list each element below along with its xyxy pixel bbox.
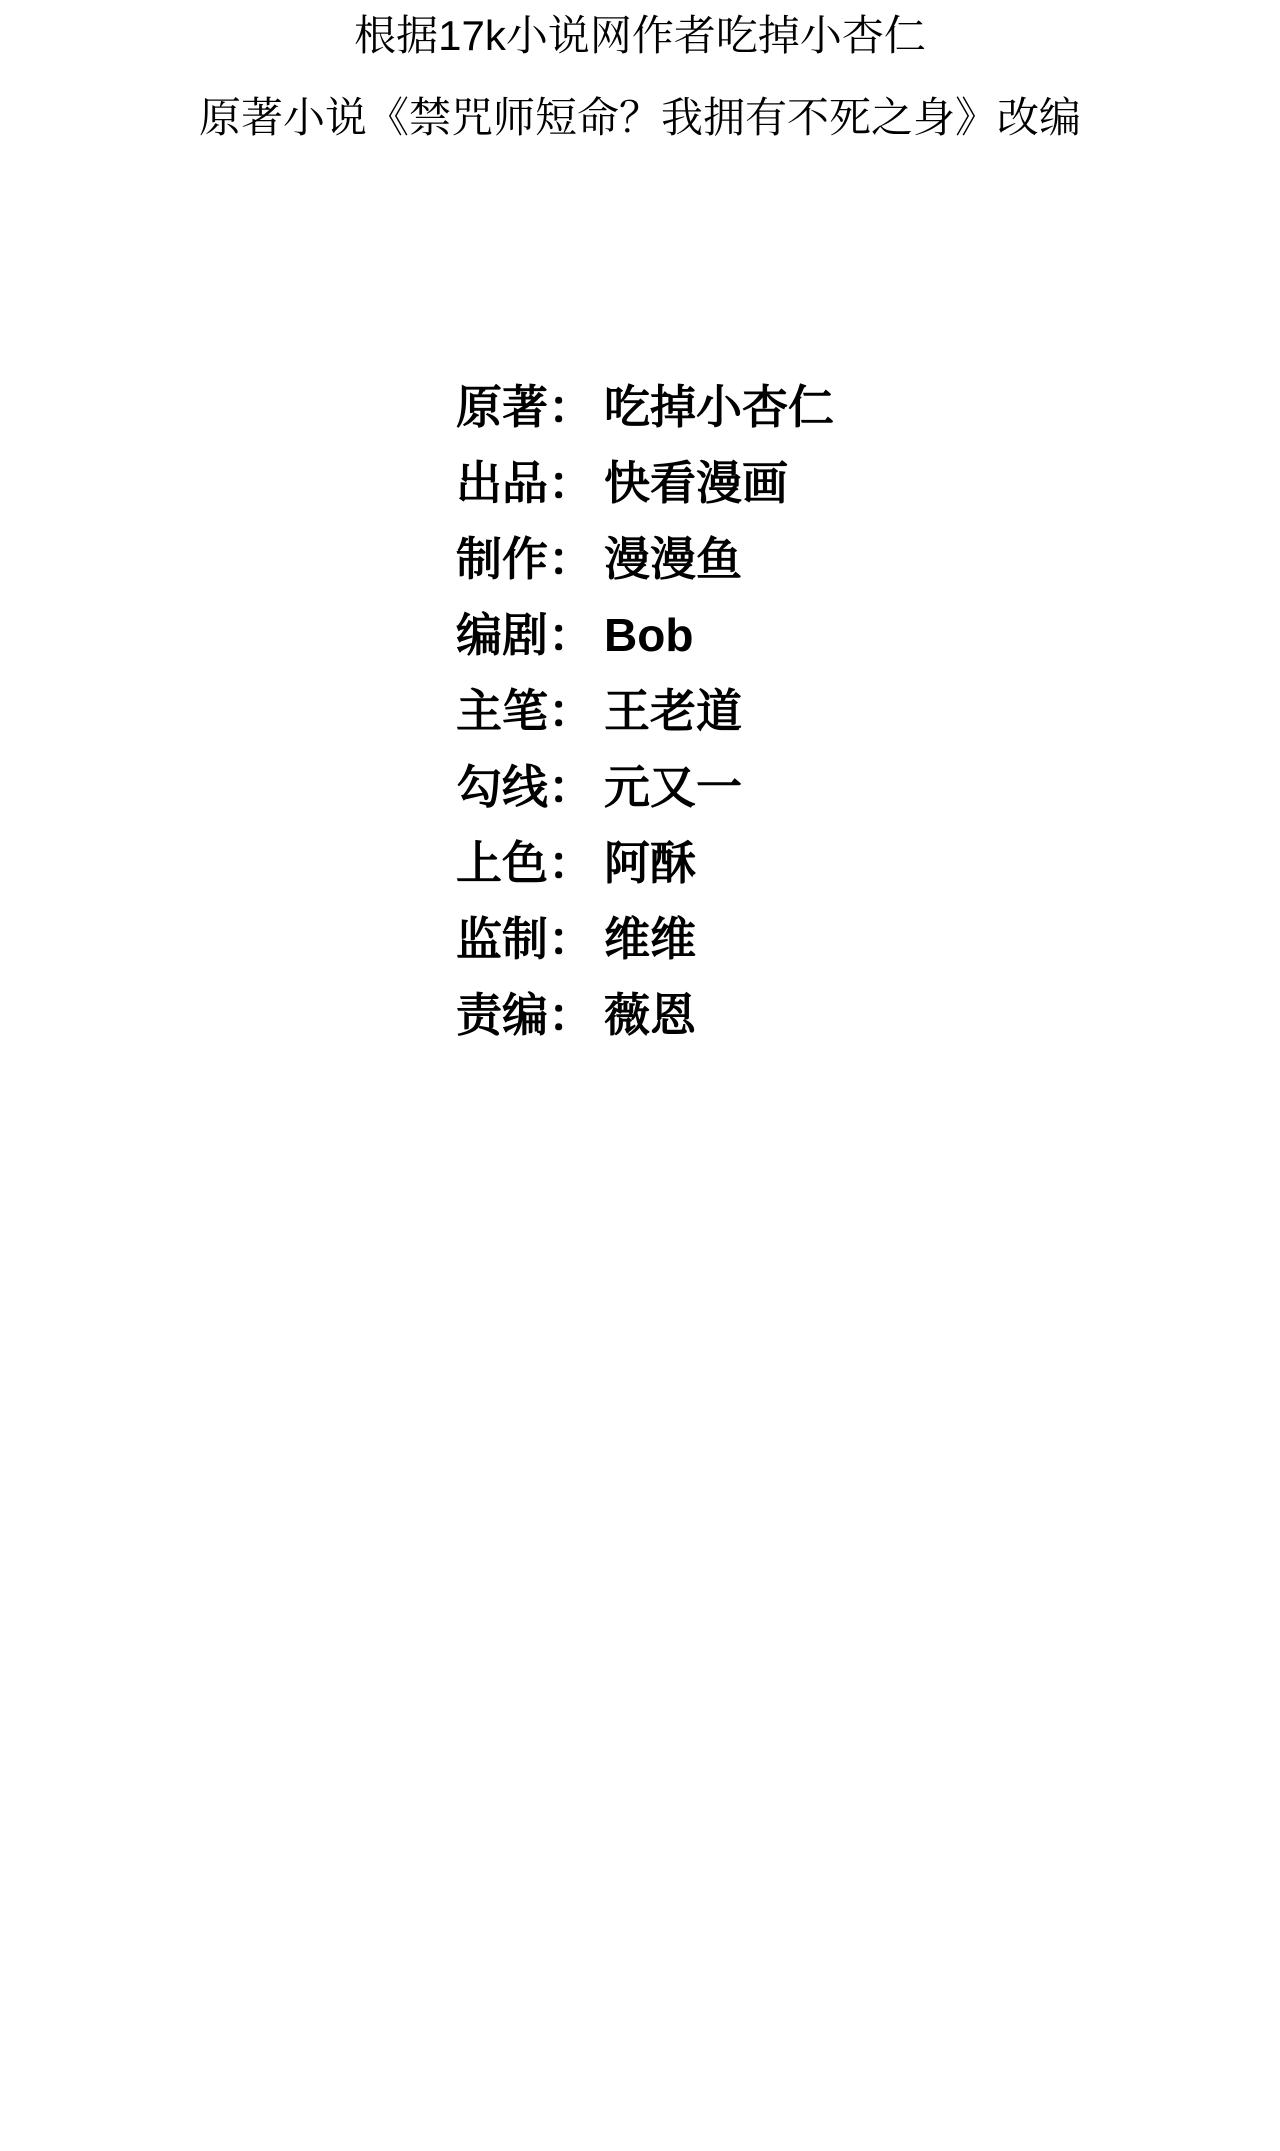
credit-role: 监制 <box>456 901 548 977</box>
credit-colon: ： <box>548 445 594 521</box>
credit-name: 阿酥 <box>604 825 696 901</box>
credit-name: 维维 <box>604 901 696 977</box>
credit-name: 薇恩 <box>604 977 696 1053</box>
credit-row-studio: 制作：漫漫鱼 <box>456 521 834 597</box>
credit-colon: ： <box>548 901 594 977</box>
adaptation-note-line-1: 根据17k小说网作者吃掉小杏仁 <box>0 14 1280 58</box>
credit-colon: ： <box>548 597 594 673</box>
credit-name: Bob <box>604 597 693 673</box>
credit-role: 主笔 <box>456 673 548 749</box>
comic-credits-page: 根据17k小说网作者吃掉小杏仁 原著小说《禁咒师短命？我拥有不死之身》改编 原著… <box>0 0 1280 2151</box>
credit-colon: ： <box>548 825 594 901</box>
adaptation-note-line-2: 原著小说《禁咒师短命？我拥有不死之身》改编 <box>0 96 1280 140</box>
credit-role: 出品 <box>456 445 548 521</box>
credit-row-producer: 出品：快看漫画 <box>456 445 834 521</box>
credit-colon: ： <box>548 749 594 825</box>
credit-colon: ： <box>548 369 594 445</box>
credit-name: 吃掉小杏仁 <box>604 369 834 445</box>
credit-name: 王老道 <box>604 673 742 749</box>
credit-name: 漫漫鱼 <box>604 521 742 597</box>
credit-row-screenwriter: 编剧：Bob <box>456 597 834 673</box>
credit-row-lineart: 勾线：元又一 <box>456 749 834 825</box>
credit-name: 元又一 <box>604 749 742 825</box>
credit-role: 勾线 <box>456 749 548 825</box>
credit-row-supervisor: 监制：维维 <box>456 901 834 977</box>
credit-row-original-author: 原著：吃掉小杏仁 <box>456 369 834 445</box>
credit-row-coloring: 上色：阿酥 <box>456 825 834 901</box>
credit-colon: ： <box>548 977 594 1053</box>
credits-list: 原著：吃掉小杏仁 出品：快看漫画 制作：漫漫鱼 编剧：Bob 主笔：王老道 勾线… <box>456 369 834 1053</box>
credit-colon: ： <box>548 673 594 749</box>
credit-role: 上色 <box>456 825 548 901</box>
credit-role: 制作 <box>456 521 548 597</box>
credit-colon: ： <box>548 521 594 597</box>
credit-role: 编剧 <box>456 597 548 673</box>
credit-role: 责编 <box>456 977 548 1053</box>
credit-name: 快看漫画 <box>604 445 788 521</box>
credit-role: 原著 <box>456 369 548 445</box>
credit-row-editor: 责编：薇恩 <box>456 977 834 1053</box>
credit-row-lead-artist: 主笔：王老道 <box>456 673 834 749</box>
